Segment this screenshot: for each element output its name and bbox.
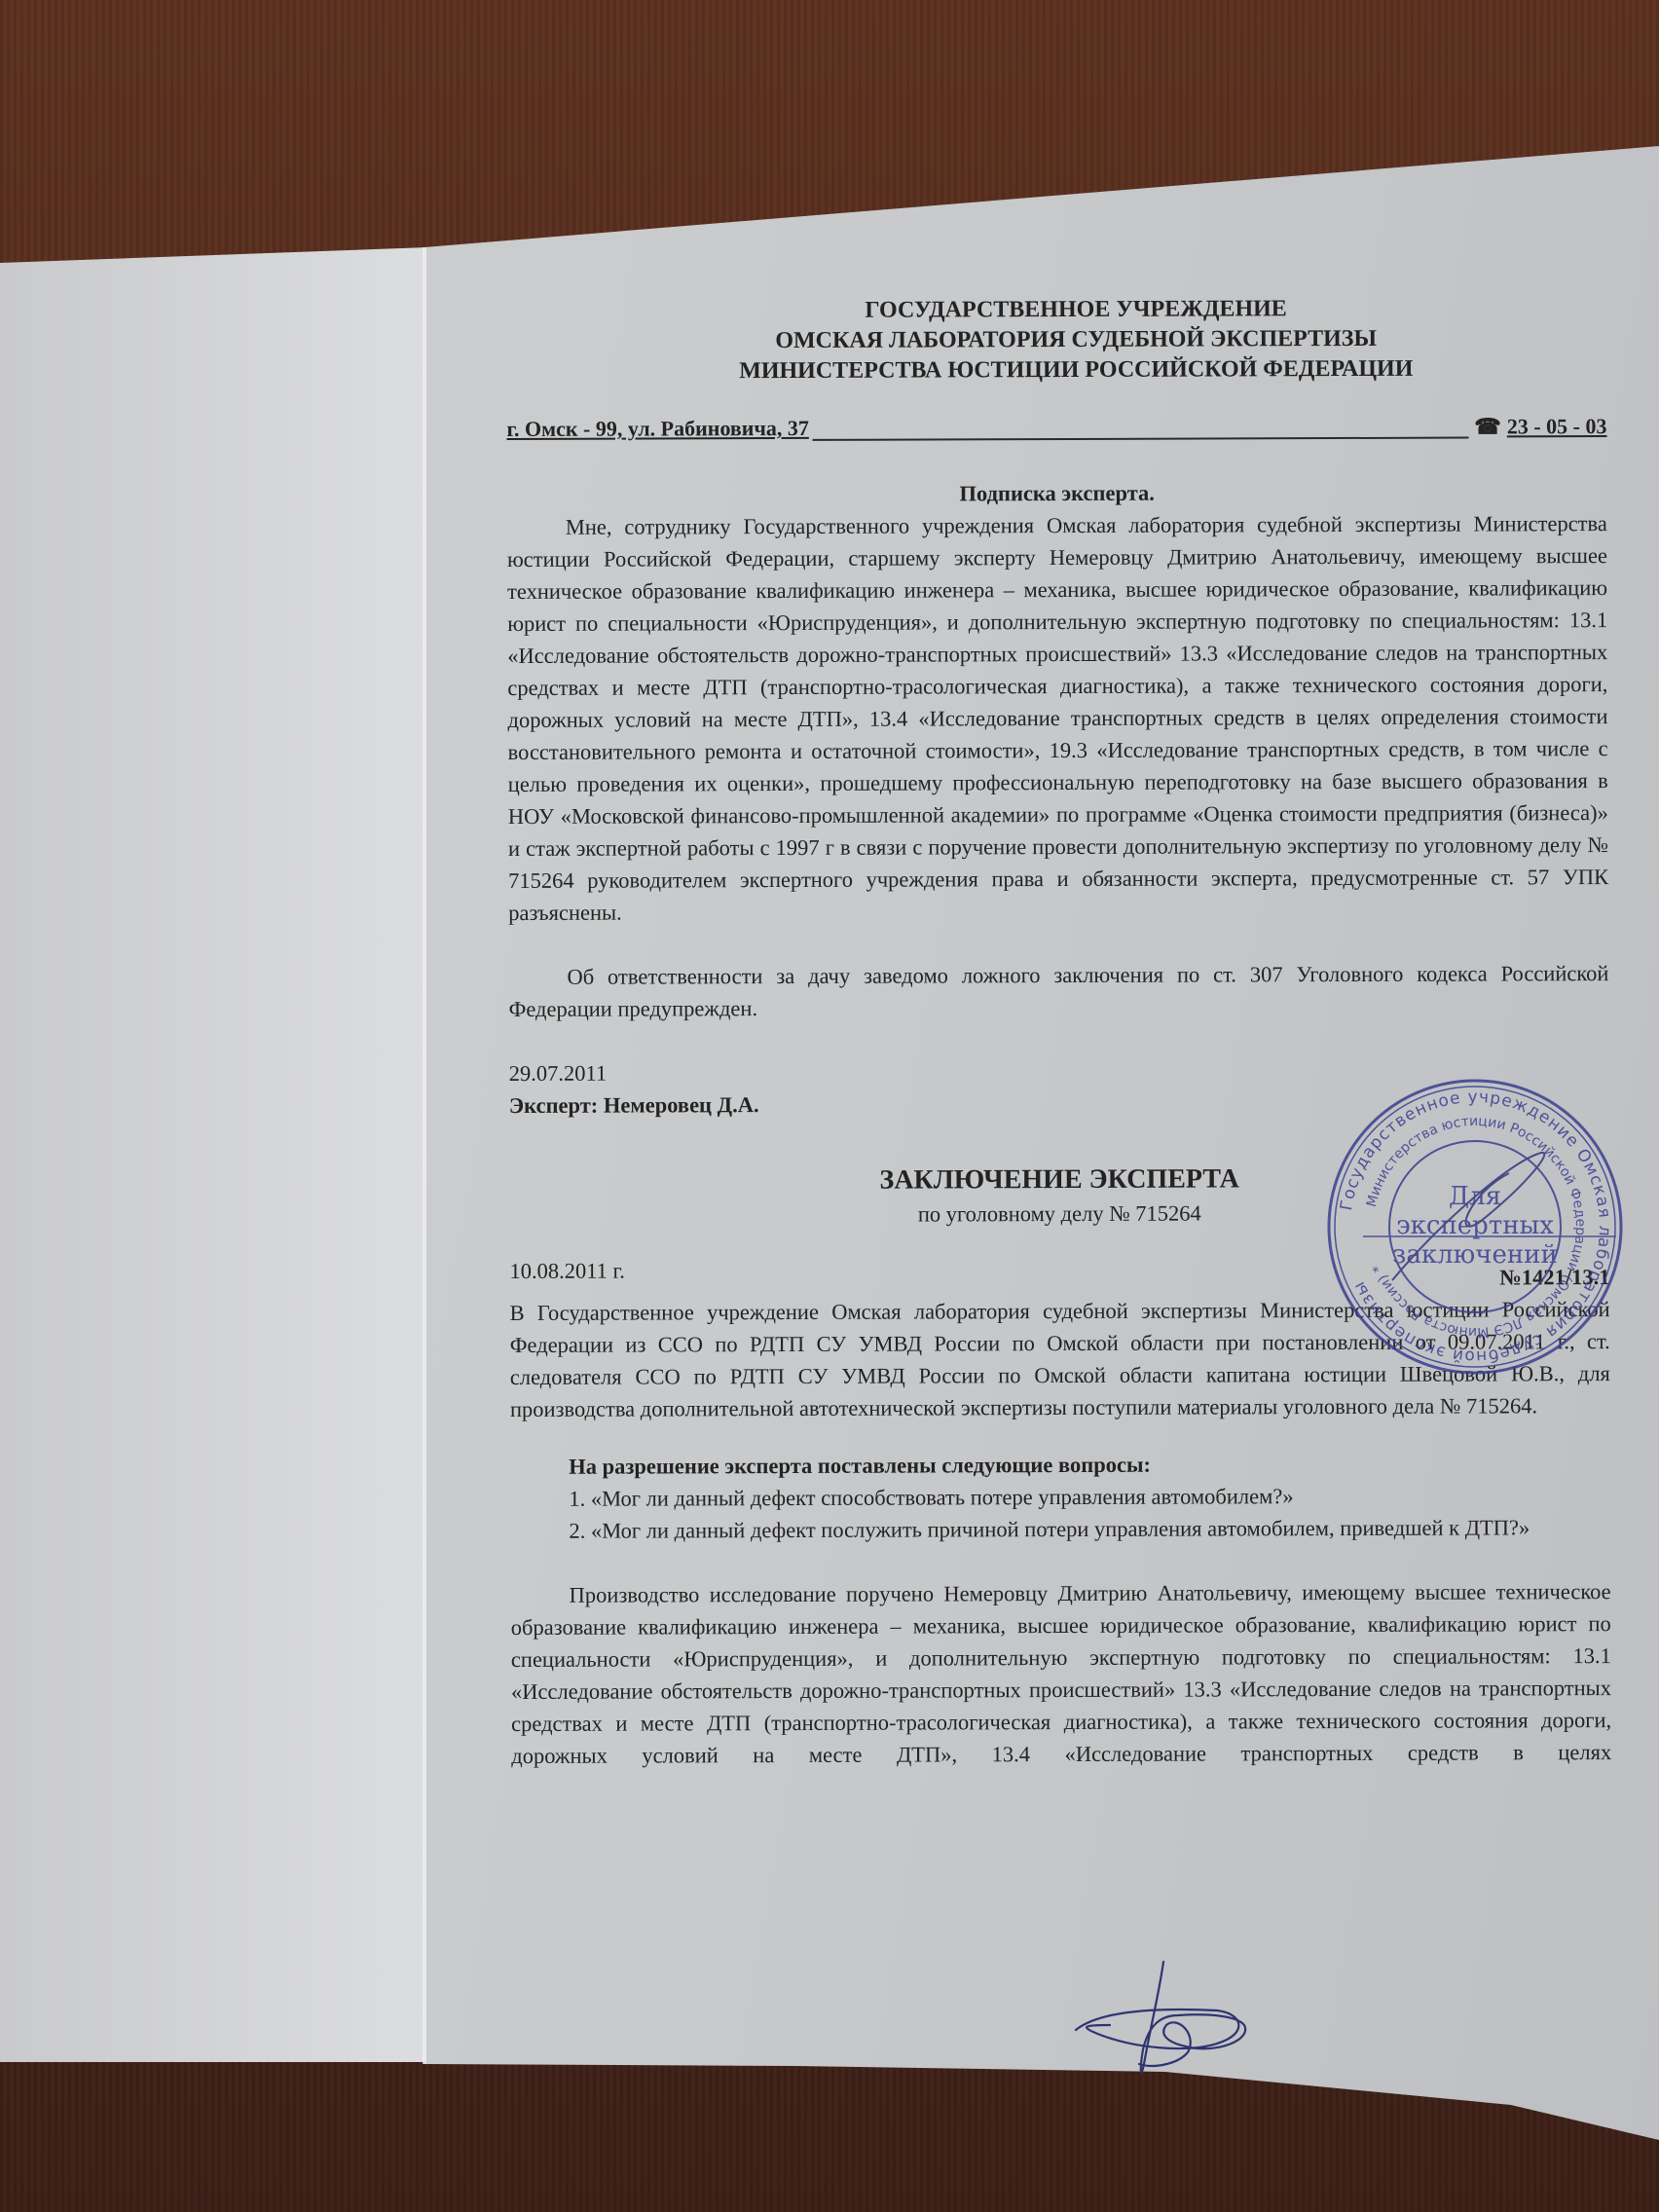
question-1: 1. «Мог ли данный дефект способствовать … (510, 1479, 1610, 1515)
letterhead: ГОСУДАРСТВЕННОЕ УЧРЕЖДЕНИЕ ОМСКАЯ ЛАБОРА… (545, 293, 1606, 387)
document-body: ГОСУДАРСТВЕННОЕ УЧРЕЖДЕНИЕ ОМСКАЯ ЛАБОРА… (506, 293, 1611, 1772)
subscription-title: Подписка эксперта. (507, 475, 1607, 511)
liability-warning: Об ответственности за дачу заведомо ложн… (508, 957, 1608, 1025)
address-line: г. Омск - 99, ул. Рабиновича, 37 ☎ 23 - … (506, 409, 1606, 446)
letterhead-line-1: ГОСУДАРСТВЕННОЕ УЧРЕЖДЕНИЕ (545, 293, 1606, 327)
subscription-body: Мне, сотруднику Государственного учрежде… (507, 507, 1608, 929)
back-page (0, 0, 428, 2212)
official-stamp: Государственное учреждение Омская лабора… (1324, 1076, 1626, 1378)
svg-text:заключений: заключений (1392, 1240, 1558, 1270)
phone-number: 23 - 05 - 03 (1507, 410, 1607, 442)
question-2: 2. «Мог ли данный дефект послужить причи… (510, 1511, 1610, 1547)
page-fold (423, 247, 426, 2064)
address-text: г. Омск - 99, ул. Рабиновича, 37 (506, 412, 808, 446)
letterhead-line-2: ОМСКАЯ ЛАБОРАТОРИЯ СУДЕБНОЙ ЭКСПЕРТИЗЫ (545, 323, 1606, 357)
letterhead-line-3: МИНИСТЕРСТВА ЮСТИЦИИ РОССИЙСКОЙ ФЕДЕРАЦИ… (545, 353, 1606, 387)
signature (1071, 1957, 1256, 2083)
address-rule (813, 437, 1469, 441)
assignment-text: Производство исследование поручено Немер… (511, 1575, 1612, 1772)
conclusion-date: 10.08.2011 г. (509, 1255, 624, 1287)
questions-title: На разрешение эксперта поставлены следую… (569, 1447, 1610, 1483)
phone-icon: ☎ (1474, 410, 1501, 442)
